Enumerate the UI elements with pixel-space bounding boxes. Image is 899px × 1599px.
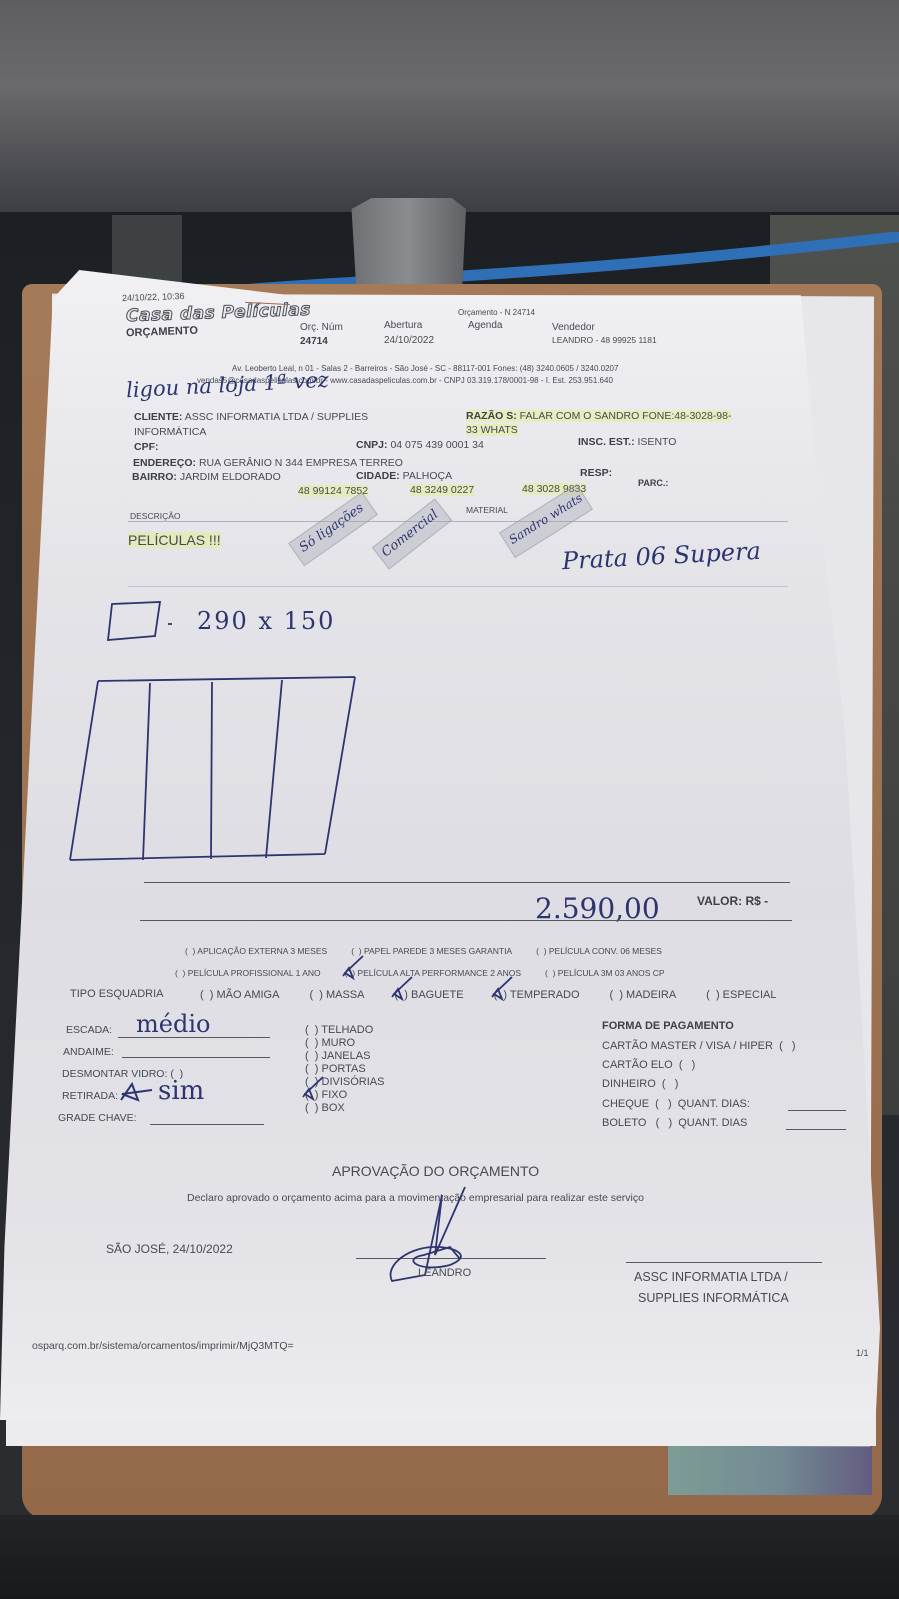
divider [144, 882, 790, 883]
payment-card-elo[interactable]: CARTÃO ELO ( ) [602, 1059, 695, 1071]
razao-social: RAZÃO S: FALAR COM O SANDRO FONE:48-3028… [466, 410, 731, 422]
descricao-label: DESCRIÇÃO [130, 511, 181, 521]
location-option[interactable]: ( ) FIXO [305, 1089, 445, 1101]
cnpj: CNPJ: 04 075 439 0001 34 [356, 439, 484, 451]
location-option[interactable]: ( ) MURO [305, 1037, 445, 1049]
esquadria-label: TIPO ESQUADRIA [70, 988, 164, 1000]
phone-2: 48 3249 0227 [410, 484, 474, 496]
location-option[interactable]: ( ) TELHADO [305, 1024, 445, 1036]
check-mark [118, 1080, 158, 1104]
doc-type: ORÇAMENTO [126, 325, 198, 340]
payment-cash[interactable]: DINHEIRO ( ) [602, 1078, 678, 1090]
esquadria-options: ( ) MÃO AMIGA( ) MASSA( ) BAGUETE( ) TEM… [200, 987, 860, 1003]
payment-title: FORMA DE PAGAMENTO [602, 1020, 734, 1032]
material-label: MATERIAL [466, 505, 508, 515]
insc-est: INSC. EST.: ISENTO [578, 436, 676, 448]
location-options: ( ) TELHADO( ) MURO( ) JANELAS( ) PORTAS… [305, 1024, 445, 1134]
agenda-label: Agenda [468, 320, 502, 331]
orc-num-value: 24714 [300, 336, 328, 347]
product-option[interactable]: ( ) PELÍCULA 3M 03 ANOS CP [545, 968, 665, 978]
boleto-days-line [786, 1129, 846, 1130]
client-signature-name-2: SUPPLIES INFORMÁTICA [638, 1291, 789, 1305]
endereco: ENDEREÇO: RUA GERÂNIO N 344 EMPRESA TERR… [133, 457, 403, 469]
escada-value: médio [136, 1010, 210, 1038]
product-option[interactable]: ( ) PELÍCULA PROFISSIONAL 1 ANO [175, 968, 321, 978]
payment-card-master[interactable]: CARTÃO MASTER / VISA / HIPER ( ) [602, 1040, 796, 1052]
esquadria-option[interactable]: ( ) ESPECIAL [706, 989, 776, 1001]
measurement-note: 290 x 150 [197, 607, 335, 635]
location-option[interactable]: ( ) BOX [305, 1102, 445, 1114]
client-name: CLIENTE: ASSC INFORMATIA LTDA / SUPPLIES [134, 411, 368, 423]
grade-chave-line [150, 1124, 264, 1125]
quote-ref: Orçamento - N 24714 [458, 308, 535, 317]
print-timestamp: 24/10/22, 10:36 [122, 291, 185, 303]
andaime-label: ANDAIME: [63, 1046, 114, 1058]
payment-boleto[interactable]: BOLETO ( ) QUANT. DIAS [602, 1117, 747, 1129]
cpf-label: CPF: [134, 441, 159, 453]
tape-note: Só ligações [288, 492, 378, 567]
divider [140, 920, 792, 921]
quote-form: 24/10/22, 10:36 Casa das Películas ORÇAM… [0, 270, 880, 1420]
esquadria-option[interactable]: ( ) MASSA [309, 989, 364, 1001]
orc-num-label: Orç. Núm [300, 322, 343, 333]
esquadria-option[interactable]: ( ) MÃO AMIGA [200, 989, 279, 1001]
valor-label: VALOR: R$ - [697, 894, 768, 908]
description-item: PELÍCULAS !!! [128, 532, 221, 548]
client-signature-line [626, 1262, 822, 1263]
client-signature-name-1: ASSC INFORMATIA LTDA / [634, 1270, 788, 1284]
vendedor-label: Vendedor [552, 322, 595, 333]
bairro: BAIRRO: JARDIM ELDORADO [132, 471, 281, 483]
location-option[interactable]: ( ) JANELAS [305, 1050, 445, 1062]
retirada-value: sim [158, 1076, 204, 1106]
abertura-value: 24/10/2022 [384, 335, 434, 346]
location-option[interactable]: ( ) PORTAS [305, 1063, 445, 1075]
window-sketch [100, 598, 380, 868]
product-options-row: ( ) PELÍCULA PROFISSIONAL 1 ANO( ) PELÍC… [175, 966, 805, 980]
esquadria-option[interactable]: ( ) TEMPERADO [494, 989, 580, 1001]
cheque-days-line [788, 1110, 846, 1111]
escada-label: ESCADA: [66, 1024, 112, 1036]
product-options-row: ( ) APLICAÇÃO EXTERNA 3 MESES( ) PAPEL P… [185, 944, 805, 958]
resp-label: RESP: [580, 467, 612, 479]
divider [128, 521, 788, 522]
payment-cheque[interactable]: CHEQUE ( ) QUANT. DIAS: [602, 1098, 750, 1110]
razao-social-cont: 33 WHATS [466, 424, 518, 436]
parc-label: PARC.: [638, 478, 668, 488]
seller-signature-name: LEANDRO [418, 1267, 471, 1279]
product-option[interactable]: ( ) PELÍCULA ALTA PERFORMANCE 2 ANOS [345, 968, 521, 978]
approval-title: APROVAÇÃO DO ORÇAMENTO [332, 1163, 539, 1179]
footer-url: osparq.com.br/sistema/orcamentos/imprimi… [32, 1340, 294, 1352]
divider [128, 586, 788, 587]
handwritten-material: Prata 06 Supera [561, 537, 761, 575]
tape-note: Comercial [372, 498, 452, 569]
product-option[interactable]: ( ) APLICAÇÃO EXTERNA 3 MESES [185, 946, 327, 956]
grade-chave-label: GRADE CHAVE: [58, 1112, 137, 1124]
product-option[interactable]: ( ) PAPEL PAREDE 3 MESES GARANTIA [351, 946, 512, 956]
place-date: SÃO JOSÉ, 24/10/2022 [106, 1242, 233, 1256]
esquadria-option[interactable]: ( ) MADEIRA [610, 989, 677, 1001]
monitor-back [0, 0, 899, 215]
client-name-cont: INFORMÁTICA [134, 426, 206, 438]
page-number: 1/1 [856, 1348, 869, 1358]
retirada-label: RETIRADA: [62, 1090, 118, 1102]
cidade: CIDADE: PALHOÇA [356, 470, 452, 482]
abertura-label: Abertura [384, 320, 422, 331]
andaime-line [122, 1057, 270, 1058]
handwritten-note: ligou na loja 1ª vez [126, 368, 330, 403]
product-option[interactable]: ( ) PELÍCULA CONV. 06 MESES [536, 946, 662, 956]
vendedor-value: LEANDRO - 48 99925 1181 [552, 335, 657, 345]
floor [0, 1515, 899, 1599]
location-option[interactable]: ( ) DIVISÓRIAS [305, 1076, 445, 1088]
esquadria-option[interactable]: ( ) BAGUETE [394, 989, 463, 1001]
